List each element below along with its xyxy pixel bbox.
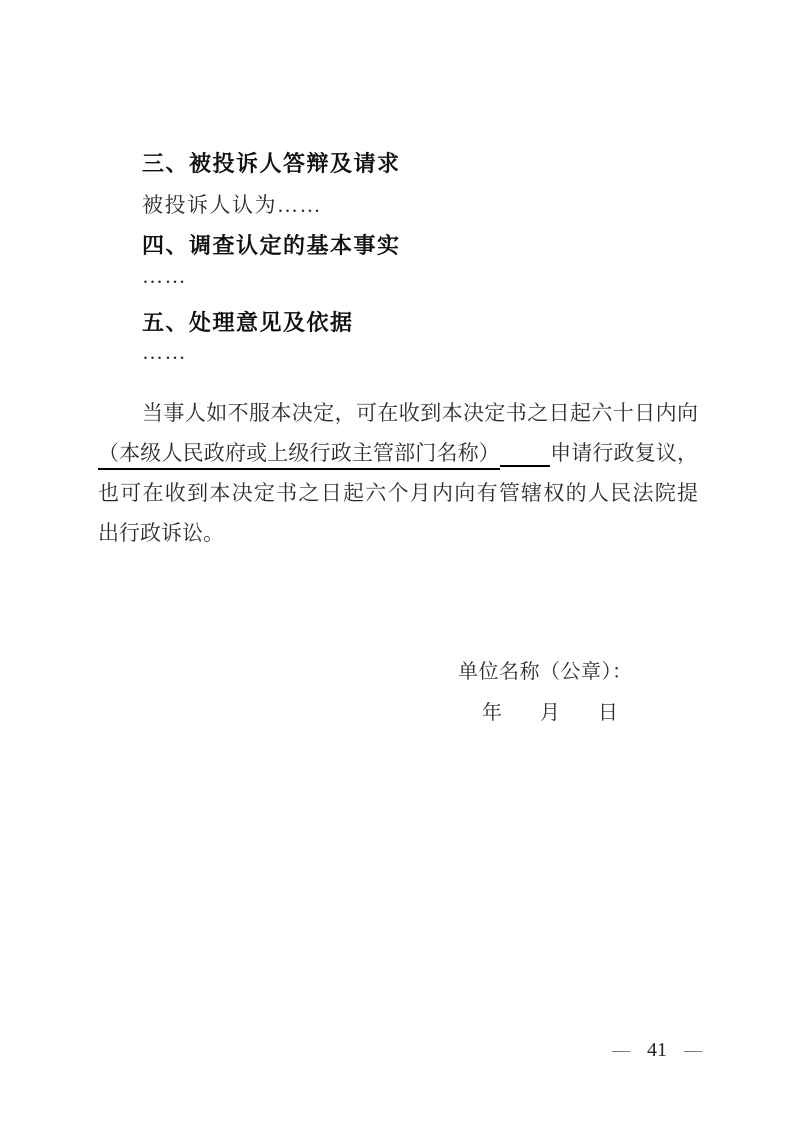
section-body-three: 被投诉人认为…… — [142, 189, 322, 219]
appeal-paragraph-line-3: 也可在收到本决定书之日起六个月内向有管辖权的人民法院提 — [98, 480, 698, 506]
appeal-paragraph-line-2-rest: 申请行政复议， — [550, 441, 698, 465]
appeal-paragraph-line-4: 出行政诉讼。 — [98, 520, 698, 546]
signature-date-year: 年 — [482, 696, 502, 725]
page-number-value: 41 — [647, 1039, 667, 1062]
page-number-dash-right: — — [684, 1040, 702, 1061]
appeal-paragraph-line-2: （本级人民政府或上级行政主管部门名称）申请行政复议， — [98, 440, 698, 467]
section-body-five-ellipsis: …… — [142, 340, 187, 365]
signature-date-day: 日 — [598, 696, 618, 725]
document-page: 三、被投诉人答辩及请求 被投诉人认为…… 四、调查认定的基本事实 …… 五、处理… — [0, 0, 793, 1122]
signature-unit-label: 单位名称（公章）： — [458, 655, 633, 684]
authority-name-blank-extension — [500, 444, 550, 467]
page-number-dash-left: — — [612, 1040, 630, 1061]
section-body-four-ellipsis: …… — [142, 264, 187, 289]
authority-name-blank: （本级人民政府或上级行政主管部门名称） — [98, 441, 500, 470]
section-heading-three: 三、被投诉人答辩及请求 — [142, 147, 401, 178]
section-heading-four: 四、调查认定的基本事实 — [142, 229, 401, 260]
section-heading-five: 五、处理意见及依据 — [142, 306, 354, 337]
appeal-paragraph-line-1: 当事人如不服本决定，可在收到本决定书之日起六十日内向 — [98, 400, 698, 426]
signature-date-line: 年 月 日 — [482, 696, 618, 725]
page-number: — 41 — — [612, 1039, 702, 1062]
signature-date-month: 月 — [540, 696, 560, 725]
